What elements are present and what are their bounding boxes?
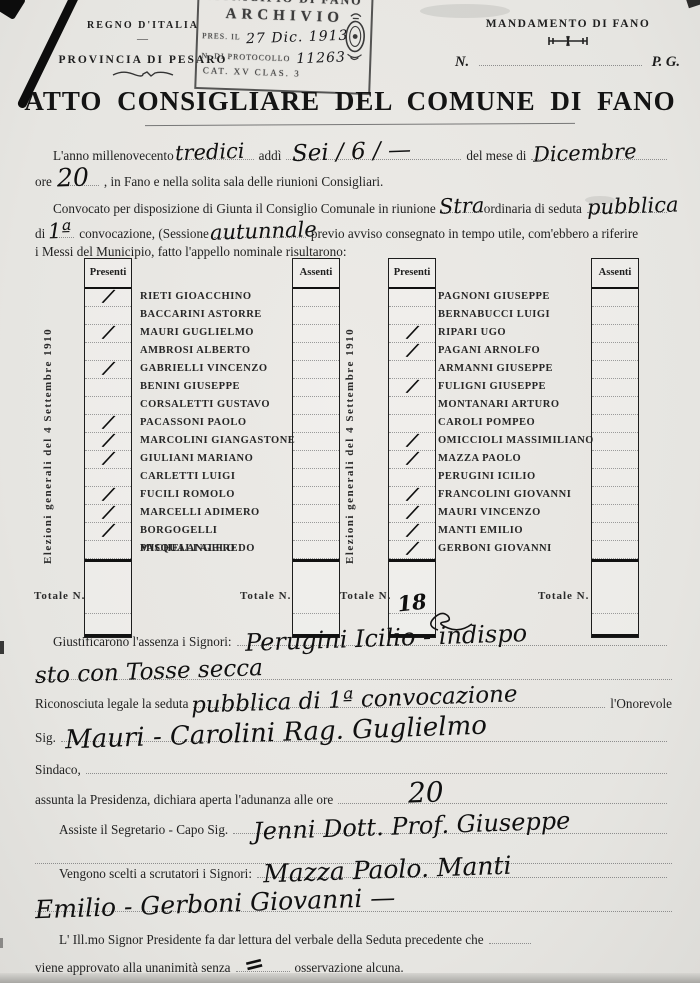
secretary-line: Assiste il Segretario - Capo Sig. Jenni … xyxy=(35,820,672,838)
print-text: addì xyxy=(259,148,282,164)
stamp-protocol-number-handwritten: 11263 xyxy=(296,49,346,67)
n-label: N. xyxy=(455,54,469,71)
district-label: MANDAMENTO DI FANO xyxy=(468,18,668,30)
handwritten-sessione: autunnale xyxy=(210,219,317,244)
presidency-line: assunta la Presidenza, dichiara aperta l… xyxy=(35,790,672,808)
member-name: MAZZA PAOLO xyxy=(438,450,608,468)
member-name: BACCARINI ASTORRE xyxy=(140,306,310,324)
presence-row xyxy=(85,379,131,397)
member-name: RIETI GIOACCHINO xyxy=(140,288,310,306)
election-side-label: Elezioni generali del 4 Settembre 1910 xyxy=(42,296,54,596)
member-name: PAGNONI GIUSEPPE xyxy=(438,288,608,306)
print-text: di xyxy=(35,226,45,242)
handwritten-scrutineer-names: Mazza Paolo. Manti xyxy=(263,853,512,887)
present-tick-mark: / xyxy=(406,505,417,522)
legality-line: Riconosciuta legale la seduta pubblica d… xyxy=(35,694,672,712)
presence-row: / xyxy=(85,289,131,307)
handwritten-year: tredici xyxy=(174,141,244,164)
assenti-header: Assenti xyxy=(592,259,638,289)
print-text: Assiste il Segretario - Capo Sig. xyxy=(35,822,228,838)
member-name: FULIGNI GIUSEPPE xyxy=(438,378,608,396)
present-tick-mark: / xyxy=(102,361,113,378)
print-text: viene approvato alla unanimità senza xyxy=(35,960,231,976)
presenti-marks: ///////// xyxy=(85,289,131,559)
scan-corner-mark xyxy=(686,0,700,8)
member-name: RIPARI UGO xyxy=(438,324,608,342)
absence-row xyxy=(592,379,638,397)
present-tick-mark: / xyxy=(406,379,417,396)
member-name: PERUGINI ICILIO xyxy=(438,468,608,486)
roll-call-right-group: Elezioni generali del 4 Settembre 1910 P… xyxy=(332,256,650,624)
member-name: CAROLI POMPEO xyxy=(438,414,608,432)
blank-line: Mauri - Carolini Rag. Guglielmo xyxy=(61,728,667,742)
handwritten-pubblica: pubblica xyxy=(587,194,679,218)
present-tick-mark: / xyxy=(102,523,113,540)
absence-row xyxy=(592,541,638,559)
present-tick-mark: / xyxy=(406,433,417,450)
present-tick-mark: / xyxy=(102,505,113,522)
print-text: Sindaco, xyxy=(35,762,81,778)
presence-row: / xyxy=(389,343,435,361)
column-divider xyxy=(592,559,638,562)
opening-line-1: L'anno millenovecento tredici addì Sei /… xyxy=(35,146,672,164)
assenti-rows xyxy=(592,289,638,559)
handwritten-absence-reason: sto con Tosse secca xyxy=(35,657,264,688)
presenti-header: Presenti xyxy=(389,259,435,289)
absence-row xyxy=(592,361,638,379)
presence-row: / xyxy=(85,451,131,469)
member-name: BORGOGELLI MICHELANGELO xyxy=(140,522,310,540)
member-name: MAURI VINCENZO xyxy=(438,504,608,522)
totale-label: Totale N. xyxy=(538,590,589,602)
handwritten-stra: Stra xyxy=(438,195,484,218)
sindaco-line: Sindaco, xyxy=(35,760,672,778)
minutes-line-2: viene approvato alla unanimità senza = o… xyxy=(35,958,672,976)
blank-line xyxy=(86,760,667,774)
member-name: MONTANARI ARTURO xyxy=(438,396,608,414)
presence-row: / xyxy=(85,523,131,541)
absence-row xyxy=(592,289,638,307)
handwritten-convocazione-n: 1ª xyxy=(48,221,72,243)
member-name: BENINI GIUSEPPE xyxy=(140,378,310,396)
pg-label: P. G. xyxy=(652,54,680,71)
roll-call-left-group: Elezioni generali del 4 Settembre 1910 P… xyxy=(28,256,342,624)
print-text: assunta la Presidenza, dichiara aperta l… xyxy=(35,792,333,808)
present-tick-mark: / xyxy=(102,487,113,504)
handwritten-month: Dicembre xyxy=(533,141,637,166)
presence-row xyxy=(85,541,131,559)
opening-line-3: Convocato per disposizione di Giunta il … xyxy=(35,199,672,217)
member-name: PACASSONI PAOLO xyxy=(140,414,310,432)
print-text: Giustificarono l'assenza i Signori: xyxy=(35,634,232,650)
member-name: BERNABUCCI LUIGI xyxy=(438,306,608,324)
presenti-column: Presenti ///////// xyxy=(84,258,132,638)
handwritten-absent-name: Perugini Icilio - indispo xyxy=(244,621,527,655)
handwritten-strike-mark: = xyxy=(241,950,266,978)
present-tick-mark: / xyxy=(102,325,113,342)
blank-line: pubblica xyxy=(587,199,667,213)
blank-line xyxy=(489,930,531,944)
scrutineers-line-2: Emilio - Gerboni Giovanni — xyxy=(35,898,672,912)
opening-line-4: di 1ª convocazione, (Sessione autunnale … xyxy=(35,224,672,242)
presenti-header: Presenti xyxy=(85,259,131,289)
presence-row: / xyxy=(389,379,435,397)
member-name: MAURI GUGLIELMO xyxy=(140,324,310,342)
handwritten-scrutineer-names: Emilio - Gerboni Giovanni — xyxy=(35,885,396,923)
print-text: ore xyxy=(35,174,52,190)
print-text: , in Fano e nella solita sala delle riun… xyxy=(104,174,383,190)
blank-line: Stra xyxy=(441,199,479,213)
present-tick-mark: / xyxy=(406,541,417,558)
absence-row xyxy=(592,487,638,505)
presenti-total-slot xyxy=(85,586,131,614)
presence-row: / xyxy=(85,361,131,379)
member-name: OMICCIOLI MASSIMILIANO xyxy=(438,432,608,450)
present-tick-mark: / xyxy=(102,451,113,468)
handwritten-hour: 20 xyxy=(56,164,89,190)
stamp-crest-icon xyxy=(341,12,369,63)
scrutineers-line-1: Vengono scelti a scrutatori i Signori: M… xyxy=(35,864,672,882)
print-text: Vengono scelti a scrutatori i Signori: xyxy=(35,866,252,882)
absence-line-1: Giustificarono l'assenza i Signori: Peru… xyxy=(35,632,672,650)
column-divider xyxy=(389,559,435,562)
blank-line: Perugini Icilio - indispo xyxy=(237,632,667,646)
presenti-marks: ///////// xyxy=(389,289,435,559)
header-right-block: MANDAMENTO DI FANO xyxy=(468,18,668,52)
minutes-line-1: L' Ill.mo Signor Presidente fa dar lettu… xyxy=(35,930,672,948)
flourish-ornament-icon xyxy=(111,69,175,79)
member-name: CORSALETTI GUSTAVO xyxy=(140,396,310,414)
absence-row xyxy=(592,433,638,451)
member-names-column: PAGNONI GIUSEPPEBERNABUCCI LUIGIRIPARI U… xyxy=(438,288,608,558)
election-side-label: Elezioni generali del 4 Settembre 1910 xyxy=(344,296,356,596)
stamp-protocol-label: N. DI PROTOCOLLO xyxy=(201,51,290,63)
member-name: PASQUALI ALFREDO xyxy=(140,540,310,558)
absence-row xyxy=(592,343,638,361)
presence-row xyxy=(389,289,435,307)
absence-row xyxy=(592,451,638,469)
present-tick-mark: / xyxy=(102,289,113,306)
present-tick-mark: / xyxy=(406,523,417,540)
absence-row xyxy=(592,523,638,541)
print-text: osservazione alcuna. xyxy=(295,960,404,976)
blank-line: sto con Tosse secca xyxy=(35,666,672,680)
member-name: FUCILI ROMOLO xyxy=(140,486,310,504)
member-names-column: RIETI GIOACCHINOBACCARINI ASTORREMAURI G… xyxy=(140,288,310,558)
member-name: CARLETTI LUIGI xyxy=(140,468,310,486)
absence-row xyxy=(592,307,638,325)
print-text: L'anno millenovecento xyxy=(35,148,174,164)
presence-row: / xyxy=(389,451,435,469)
print-text: ordinaria di seduta xyxy=(484,201,582,217)
print-text: Convocato per disposizione di Giunta il … xyxy=(35,201,436,217)
absence-row xyxy=(592,505,638,523)
n-blank-line xyxy=(479,52,642,66)
blank-line: 20 xyxy=(57,172,99,186)
totale-label: Totale N. xyxy=(240,590,291,602)
opening-line-2: ore 20 , in Fano e nella solita sala del… xyxy=(35,172,672,190)
member-name: MANTI EMILIO xyxy=(438,522,608,540)
member-name: GERBONI GIOVANNI xyxy=(438,540,608,558)
presenti-column: Presenti ///////// 18 xyxy=(388,258,436,638)
column-divider xyxy=(85,559,131,562)
present-tick-mark: / xyxy=(406,343,417,360)
handwritten-opening-hour: 20 xyxy=(408,778,445,807)
print-text: Sig. xyxy=(35,730,56,746)
scanned-council-act-page: REGNO D'ITALIA — PROVINCIA DI PESARO MUN… xyxy=(0,0,700,983)
presence-row: / xyxy=(389,541,435,559)
stamp-category-line: CAT. XV CLAS. 3 xyxy=(197,65,369,81)
assenti-column: Assenti xyxy=(591,258,639,638)
archive-stamp: MUNICIPIO DI FANO ARCHIVIO PRES. IL 27 D… xyxy=(194,0,374,95)
scan-edge-mark xyxy=(0,641,4,654)
member-name: ARMANNI GIUSEPPE xyxy=(438,360,608,378)
member-name: GABRIELLI VINCENZO xyxy=(140,360,310,378)
present-tick-mark: / xyxy=(406,325,417,342)
absence-row xyxy=(592,415,638,433)
page-title: ATTO CONSIGLIARE DEL COMUNE DI FANO xyxy=(0,86,700,117)
blank-line: Jenni Dott. Prof. Giuseppe xyxy=(233,820,667,834)
blank-line: autunnale xyxy=(214,224,306,238)
handwritten-day: Sei / 6 / — xyxy=(292,139,412,166)
blank-line: 20 xyxy=(338,790,667,804)
print-text: del mese di xyxy=(466,148,526,164)
present-tick-mark: / xyxy=(406,451,417,468)
scan-corner-mark xyxy=(0,0,26,20)
absence-line-2: sto con Tosse secca xyxy=(35,666,672,680)
divider-ornament-icon xyxy=(545,35,591,47)
member-name: AMBROSI ALBERTO xyxy=(140,342,310,360)
absence-row xyxy=(592,325,638,343)
print-text: convocazione, (Sessione xyxy=(79,226,209,242)
mayor-name-line: Sig. Mauri - Carolini Rag. Guglielmo xyxy=(35,728,672,746)
blank-line: Emilio - Gerboni Giovanni — xyxy=(35,898,672,912)
stamp-received-date-handwritten: 27 Dic. 1913 xyxy=(246,28,349,48)
blank-line: pubblica di 1ª convocazione xyxy=(193,694,605,708)
member-name: MARCELLI ADIMERO xyxy=(140,504,310,522)
print-text: l'Onorevole xyxy=(610,696,672,712)
scan-edge-mark xyxy=(0,938,3,948)
member-name: GIULIANI MARIANO xyxy=(140,450,310,468)
absence-row xyxy=(592,469,638,487)
blank-line: tredici xyxy=(179,146,254,160)
blank-line: 1ª xyxy=(50,224,74,238)
assenti-total-slot xyxy=(592,586,638,614)
scan-smudge xyxy=(420,4,510,18)
blank-line: Sei / 6 / — xyxy=(286,146,461,160)
blank-line: Dicembre xyxy=(531,146,667,160)
present-tick-mark: / xyxy=(406,487,417,504)
print-text: Riconosciuta legale la seduta xyxy=(35,696,188,712)
member-name: PAGANI ARNOLFO xyxy=(438,342,608,360)
print-text: previo avviso consegnato in tempo utile,… xyxy=(311,226,638,242)
member-name: MARCOLINI GIANGASTONE xyxy=(140,432,310,450)
handwritten-mayor-name: Mauri - Carolini Rag. Guglielmo xyxy=(65,713,488,754)
presence-row xyxy=(389,397,435,415)
stamp-received-label: PRES. IL xyxy=(202,31,241,41)
blank-line: = xyxy=(236,958,290,972)
totale-label: Totale N. xyxy=(340,590,391,602)
totale-label: Totale N. xyxy=(34,590,85,602)
title-underline xyxy=(145,123,575,126)
present-tick-mark: / xyxy=(102,433,113,450)
number-pg-line: N. P. G. xyxy=(455,52,680,71)
presence-row: / xyxy=(85,325,131,343)
handwritten-secretary-name: Jenni Dott. Prof. Giuseppe xyxy=(253,808,571,843)
print-text: L' Ill.mo Signor Presidente fa dar lettu… xyxy=(35,932,484,948)
absence-row xyxy=(592,397,638,415)
blank-line: Mazza Paolo. Manti xyxy=(257,864,667,878)
present-tick-mark: / xyxy=(102,415,113,432)
member-name: FRANCOLINI GIOVANNI xyxy=(438,486,608,504)
